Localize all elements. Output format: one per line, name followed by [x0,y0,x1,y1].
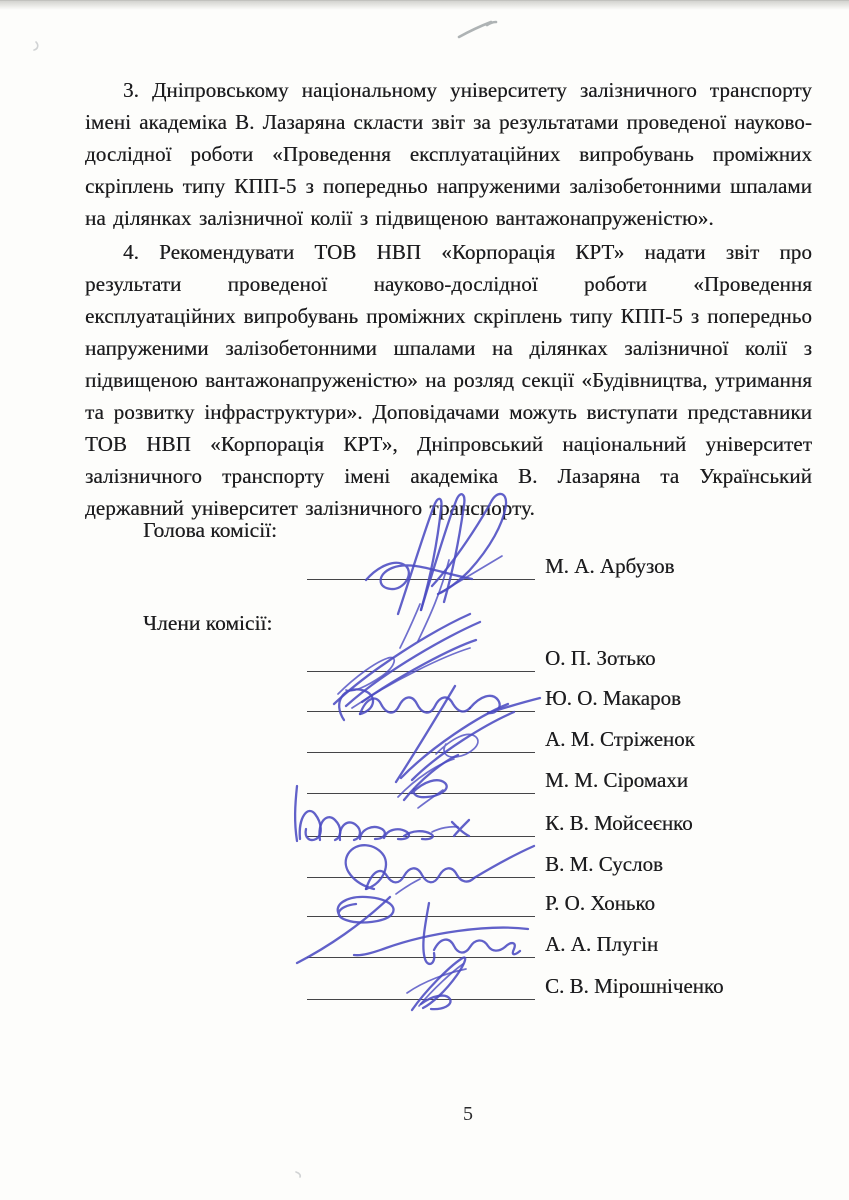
signature-strizhenok [396,686,514,782]
signature-makarov [339,689,540,720]
signature-zotko [334,614,480,708]
paragraph-3: 3. Дніпровському національному університ… [85,74,812,234]
signature-line [307,999,535,1000]
signature-line [307,579,535,580]
signature-siromakhy [398,755,458,808]
body-text: 3. Дніпровському національному університ… [85,74,812,524]
scan-top-edge [0,0,849,10]
signature-line [307,916,535,917]
signature-miroshnichenko [407,957,466,1010]
signee-name: А. А. Плугін [545,932,658,957]
signee-name: О. П. Зотько [545,646,655,671]
signature-khonko [297,879,420,963]
signature-suslov [346,845,534,889]
signature-moyseyenko [295,786,469,841]
signature-plugin [354,903,528,964]
signature-line [307,671,535,672]
signee-name: М. А. Арбузов [545,554,674,579]
signature-line [307,752,535,753]
document-page: 3. Дніпровському національному університ… [0,0,849,1200]
signee-name: А. М. Стріженок [545,727,695,752]
signee-name: М. М. Сіромахи [545,768,688,793]
signee-name: В. М. Суслов [545,852,663,877]
signee-name: С. В. Мірошніченко [545,974,724,999]
signee-name: Р. О. Хонько [545,891,655,916]
signature-line [307,877,535,878]
signee-name: К. В. Мойсеєнко [545,811,693,836]
members-label: Члени комісії: [143,611,272,636]
signee-name: Ю. О. Макаров [545,686,681,711]
signature-line [307,711,535,712]
signature-line [307,793,535,794]
page-number: 5 [458,1103,478,1126]
paragraph-4: 4. Рекомендувати ТОВ НВП «Корпорація КРТ… [85,236,812,524]
signature-line [307,836,535,837]
signature-line [307,957,535,958]
chair-label: Голова комісії: [143,518,277,543]
